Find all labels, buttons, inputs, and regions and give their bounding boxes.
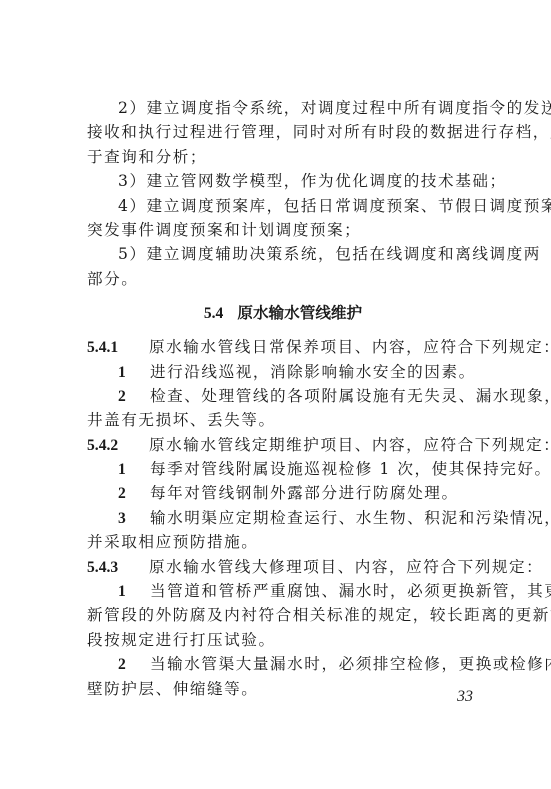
section-heading: 5.4原水输水管线维护: [87, 293, 479, 333]
clause-5-4-2: 5.4.2原水输水管线定期维护项目、内容，应符合下列规定： 1每季对管线附属设施…: [87, 433, 479, 555]
clause-5-4-1: 5.4.1原水输水管线日常保养项目、内容，应符合下列规定： 1进行沿线巡视，消除…: [87, 335, 479, 433]
clause-item: 1每季对管线附属设施巡视检修 1 次，使其保持完好。: [87, 457, 479, 481]
list-item-line: 5）建立调度辅助决策系统，包括在线调度和离线调度两: [87, 242, 479, 266]
clause-item: 3输水明渠应定期检查运行、水生物、积泥和污染情况，: [87, 506, 479, 530]
clause-item: 1当管道和管桥严重腐蚀、漏水时，必须更换新管，其更: [87, 579, 479, 603]
item-number: 1: [118, 580, 150, 604]
item-number: 3: [118, 507, 150, 531]
item-text-continued: 新管段的外防腐及内衬符合相关标准的规定，较长距离的更新管: [87, 603, 479, 627]
list-item-2: 2）建立调度指令系统，对调度过程中所有调度指令的发送、 接收和执行过程进行管理，…: [87, 96, 479, 169]
list-item-4: 4）建立调度预案库，包括日常调度预案、节假日调度预案、 突发事件调度预案和计划调…: [87, 194, 479, 243]
item-text-continued: 并采取相应预防措施。: [87, 530, 479, 554]
item-number: 1: [118, 458, 150, 482]
item-text: 每年对管线钢制外露部分进行防腐处理。: [150, 484, 459, 502]
item-text: 每季对管线附属设施巡视检修 1 次，使其保持完好。: [150, 460, 551, 478]
item-number: 2: [118, 482, 150, 506]
item-text-continued: 井盖有无损坏、丢失等。: [87, 408, 479, 432]
clause-text: 原水输水管线大修理项目、内容，应符合下列规定：: [149, 558, 543, 576]
item-number: 1: [118, 361, 150, 385]
item-text-continued: 段按规定进行打压试验。: [87, 628, 479, 652]
list-item-line: 于查询和分析；: [87, 145, 479, 169]
list-item-5: 5）建立调度辅助决策系统，包括在线调度和离线调度两 部分。: [87, 242, 479, 291]
list-item-3: 3）建立管网数学模型，作为优化调度的技术基础；: [87, 169, 479, 193]
list-item-line: 2）建立调度指令系统，对调度过程中所有调度指令的发送、: [87, 96, 479, 120]
document-page: 2）建立调度指令系统，对调度过程中所有调度指令的发送、 接收和执行过程进行管理，…: [87, 96, 479, 701]
clause-text: 原水输水管线日常保养项目、内容，应符合下列规定：: [149, 338, 551, 356]
section-title: 原水输水管线维护: [237, 303, 362, 322]
item-text: 进行沿线巡视，消除影响输水安全的因素。: [150, 363, 476, 381]
item-text: 检查、处理管线的各项附属设施有无失灵、漏水现象，: [150, 387, 551, 405]
clause-text: 原水输水管线定期维护项目、内容，应符合下列规定：: [149, 436, 551, 454]
clause-item: 2当输水管渠大量漏水时，必须排空检修，更换或检修内: [87, 652, 479, 676]
clause-number: 5.4.3: [87, 556, 149, 580]
clause-item: 2检查、处理管线的各项附属设施有无失灵、漏水现象，: [87, 384, 479, 408]
list-item-line: 部分。: [87, 267, 479, 291]
clause-number: 5.4.2: [87, 434, 149, 458]
list-item-line: 突发事件调度预案和计划调度预案；: [87, 218, 479, 242]
clause-number: 5.4.1: [87, 336, 149, 360]
item-text: 输水明渠应定期检查运行、水生物、积泥和污染情况，: [150, 509, 551, 527]
item-number: 2: [118, 653, 150, 677]
list-item-line: 3）建立管网数学模型，作为优化调度的技术基础；: [87, 169, 479, 193]
list-item-line: 4）建立调度预案库，包括日常调度预案、节假日调度预案、: [87, 194, 479, 218]
item-text: 当输水管渠大量漏水时，必须排空检修，更换或检修内: [150, 655, 551, 673]
item-number: 2: [118, 385, 150, 409]
clause-item: 1进行沿线巡视，消除影响输水安全的因素。: [87, 360, 479, 384]
clause-5-4-3: 5.4.3原水输水管线大修理项目、内容，应符合下列规定： 1当管道和管桥严重腐蚀…: [87, 555, 479, 701]
item-text: 当管道和管桥严重腐蚀、漏水时，必须更换新管，其更: [150, 582, 551, 600]
section-number: 5.4: [204, 305, 224, 322]
clause-item: 2每年对管线钢制外露部分进行防腐处理。: [87, 481, 479, 505]
item-text-continued: 壁防护层、伸缩缝等。: [87, 677, 479, 701]
list-item-line: 接收和执行过程进行管理，同时对所有时段的数据进行存档，用: [87, 120, 479, 144]
page-number: 33: [457, 688, 473, 706]
